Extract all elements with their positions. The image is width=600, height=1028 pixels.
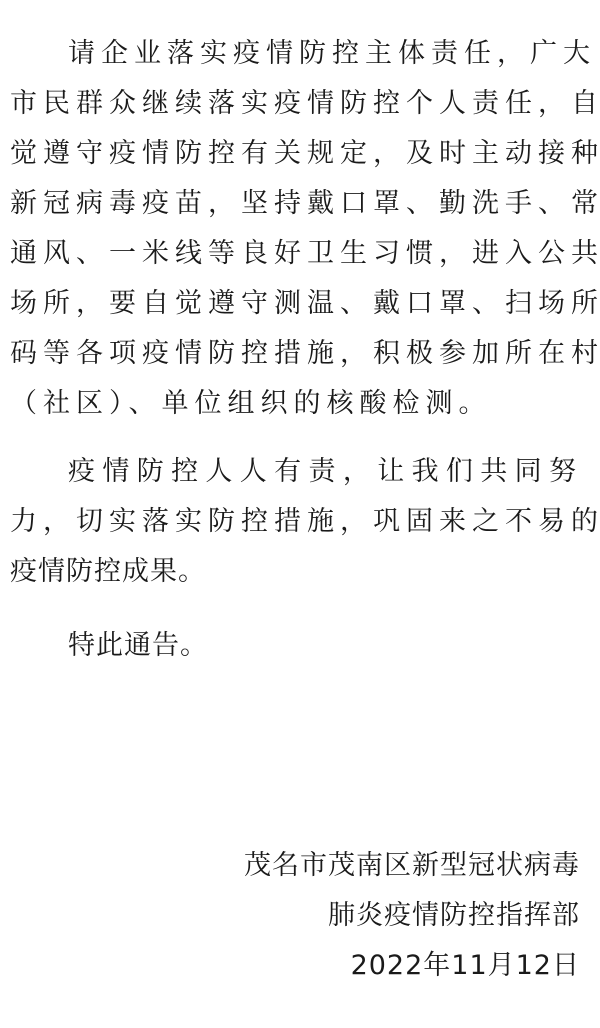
text-line: 通风、一米线等良好卫生习惯，进入公共 xyxy=(10,236,582,286)
text-line: （社区）、单位组织的核酸检测。 xyxy=(10,386,582,436)
text-line: 疫情防控成果。 xyxy=(10,554,582,604)
closing-statement: 特此通告。 xyxy=(68,628,208,664)
issue-date: 2022年11月12日 xyxy=(244,948,580,998)
issuing-organization-line-2: 肺炎疫情防控指挥部 xyxy=(244,898,580,948)
text-line: 疫情防控人人有责，让我们共同努 xyxy=(10,454,582,504)
paragraph-responsibilities: 请企业落实疫情防控主体责任，广大 市民群众继续落实疫情防控个人责任，自 觉遵守疫… xyxy=(10,36,582,436)
text-line: 请企业落实疫情防控主体责任，广大 xyxy=(10,36,582,86)
text-line: 力，切实落实防控措施，巩固来之不易的 xyxy=(10,504,582,554)
notice-document: 请企业落实疫情防控主体责任，广大 市民群众继续落实疫情防控个人责任，自 觉遵守疫… xyxy=(10,36,582,622)
text-line: 新冠病毒疫苗，坚持戴口罩、勤洗手、常 xyxy=(10,186,582,236)
text-line: 觉遵守疫情防控有关规定，及时主动接种 xyxy=(10,136,582,186)
signature-block: 茂名市茂南区新型冠状病毒 肺炎疫情防控指挥部 2022年11月12日 xyxy=(244,848,580,998)
text-line: 码等各项疫情防控措施，积极参加所在村 xyxy=(10,336,582,386)
paragraph-call-to-action: 疫情防控人人有责，让我们共同努 力，切实落实防控措施，巩固来之不易的 疫情防控成… xyxy=(10,454,582,604)
text-line: 场所，要自觉遵守测温、戴口罩、扫场所 xyxy=(10,286,582,336)
text-line: 市民群众继续落实疫情防控个人责任，自 xyxy=(10,86,582,136)
issuing-organization-line-1: 茂名市茂南区新型冠状病毒 xyxy=(244,848,580,898)
